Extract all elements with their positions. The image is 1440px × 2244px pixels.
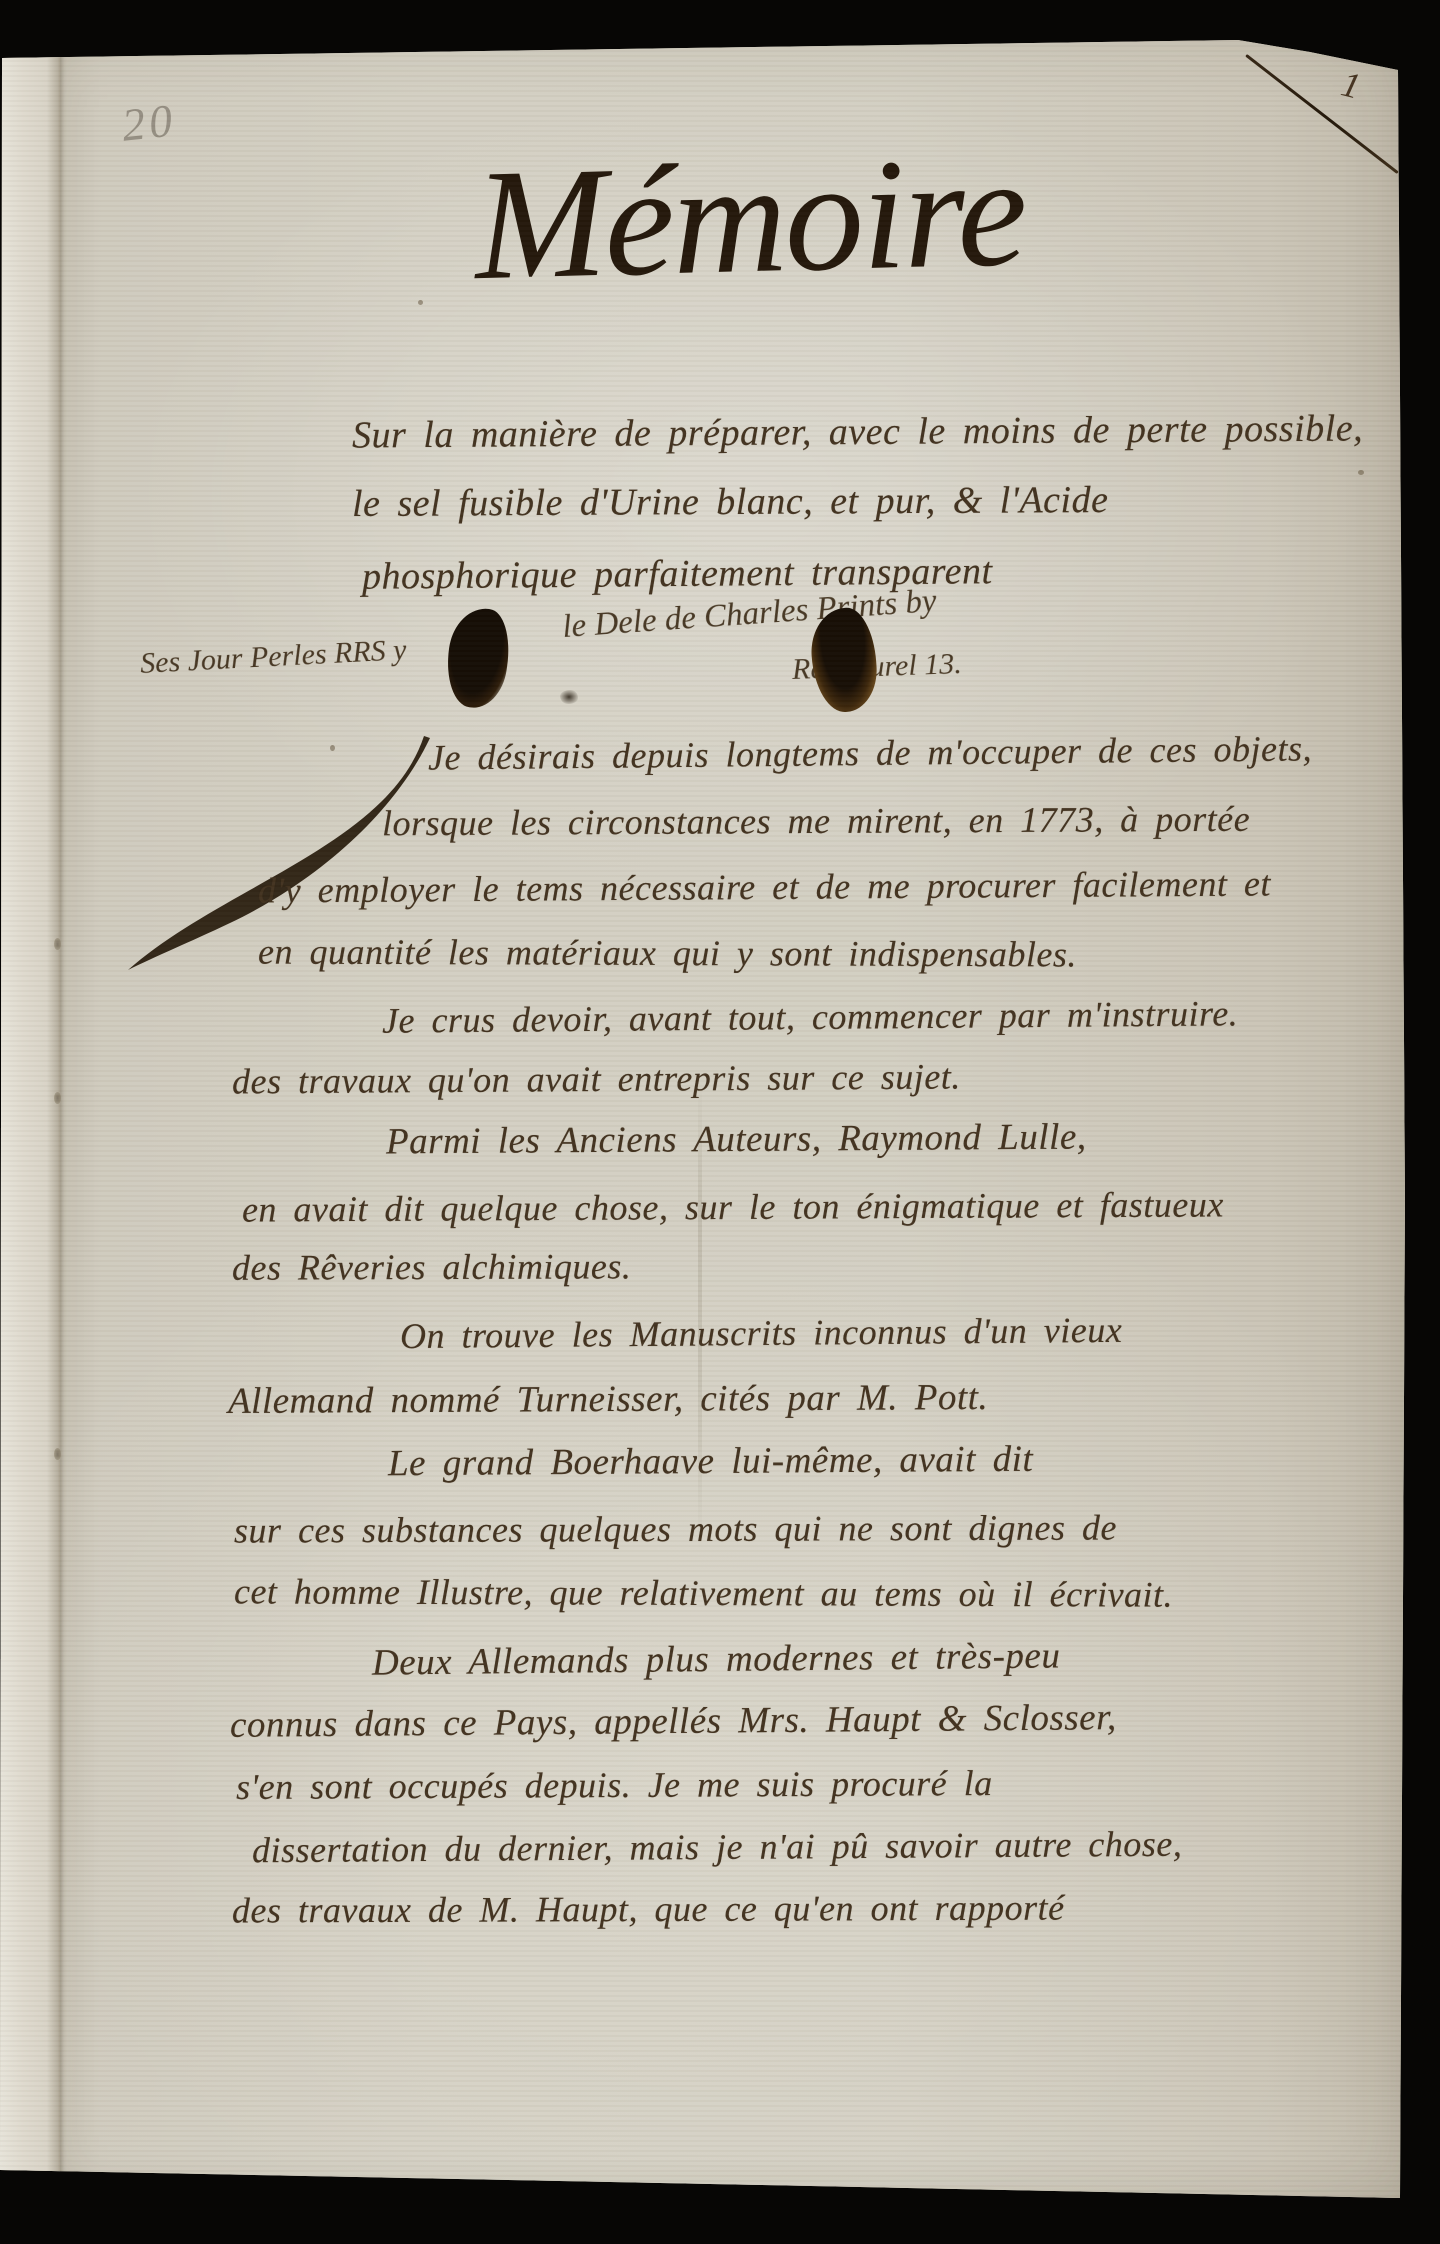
binding-stitch-hole: [54, 938, 61, 950]
body-line: Le grand Boerhaave lui-même, avait dit: [388, 1438, 1034, 1486]
body-line: des travaux de M. Haupt, que ce qu'en on…: [232, 1887, 1065, 1932]
paper-speck: [1358, 470, 1364, 475]
body-line: des travaux qu'on avait entrepris sur ce…: [232, 1055, 961, 1102]
subtitle-line: le sel fusible d'Urine blanc, et pur, & …: [352, 478, 1109, 526]
paper-speck: [330, 745, 335, 751]
binding-strip: [0, 40, 60, 2200]
body-line: Parmi les Anciens Auteurs, Raymond Lulle…: [386, 1116, 1087, 1164]
body-line: s'en sont occupés depuis. Je me suis pro…: [236, 1762, 993, 1808]
binding-stitch-hole: [54, 1448, 61, 1460]
body-line: On trouve les Manuscrits inconnus d'un v…: [400, 1309, 1123, 1357]
page-number: 1: [1337, 62, 1365, 107]
paper-speck: [418, 300, 423, 305]
subtitle-line: Sur la manière de préparer, avec le moin…: [352, 406, 1363, 457]
body-line: Allemand nommé Turneisser, cités par M. …: [228, 1376, 988, 1423]
body-line: Deux Allemands plus modernes et très-peu: [372, 1634, 1061, 1684]
corner-ink-stroke: [1245, 54, 1399, 174]
body-line: dissertation du dernier, mais je n'ai pû…: [252, 1823, 1183, 1871]
body-line: cet homme Illustre, que relativement au …: [234, 1570, 1173, 1615]
pencil-folio-number: 20: [119, 93, 178, 151]
body-line: des Rêveries alchimiques.: [232, 1245, 632, 1288]
body-line: sur ces substances quelques mots qui ne …: [234, 1506, 1117, 1551]
ink-blot: [441, 604, 514, 711]
document-title: Mémoire: [398, 119, 1103, 319]
body-line: Je désirais depuis longtems de m'occuper…: [428, 727, 1312, 778]
body-line: en avait dit quelque chose, sur le ton é…: [242, 1183, 1224, 1230]
body-line: connus dans ce Pays, appellés Mrs. Haupt…: [230, 1696, 1117, 1747]
body-line: d'y employer le tems nécessaire et de me…: [258, 862, 1271, 911]
ink-blot: [560, 690, 578, 704]
body-line: lorsque les circonstances me mirent, en …: [382, 798, 1250, 845]
manuscript-scan: 20 1 Mémoire Sur la manière de préparer,…: [0, 0, 1440, 2244]
binding-stitch-hole: [54, 1092, 61, 1104]
body-line: Je crus devoir, avant tout, commencer pa…: [382, 992, 1239, 1041]
paper-sheet: 20 1 Mémoire Sur la manière de préparer,…: [0, 0, 1440, 2244]
body-line: en quantité les matériaux qui y sont ind…: [258, 931, 1077, 976]
marginal-annotation-left: Ses Jour Perles RRS y: [139, 633, 407, 681]
